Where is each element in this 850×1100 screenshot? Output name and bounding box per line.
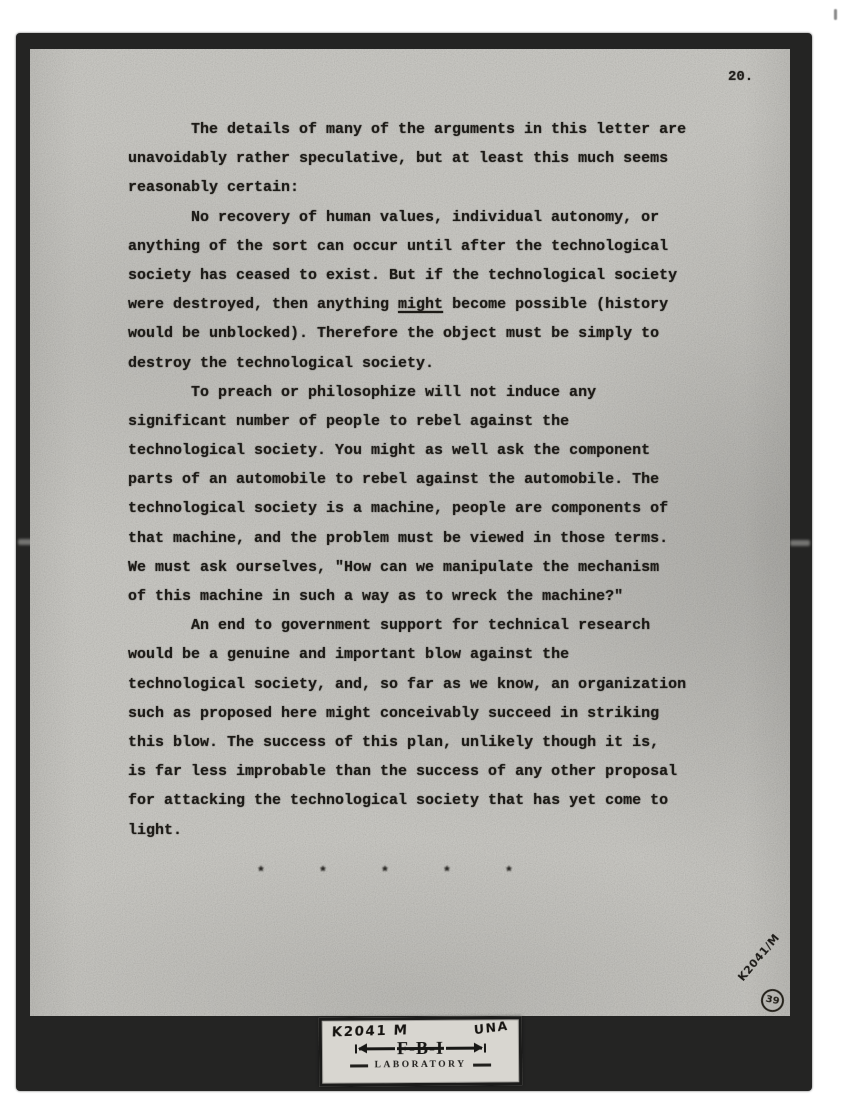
line-segment: were destroyed, then anything [128,296,398,313]
circled-number-annotation: 39 [759,987,786,1014]
right-border-smudge [790,540,810,546]
fbi-laboratory-stamp: K2041 M UNA F-B-I LABORATORY [319,1016,522,1086]
stamp-laboratory-label: LABORATORY [322,1059,519,1070]
scanned-document-canvas: 20. The details of many of the arguments… [0,0,850,1100]
microfilm-frame: 20. The details of many of the arguments… [16,33,812,1091]
typed-line: parts of an automobile to rebel against … [128,465,748,494]
typed-line: An end to government support for technic… [128,611,748,640]
typed-line: significant number of people to rebel ag… [128,407,748,436]
typed-line: would be unblocked). Therefore the objec… [128,319,748,348]
typed-line: is far less improbable than the success … [128,757,748,786]
document-page: 20. The details of many of the arguments… [30,49,790,1016]
typed-line: light. [128,816,748,845]
fbi-logo: F-B-I [322,1037,519,1059]
label-left-dash-icon [350,1064,368,1067]
typed-line: technological society, and, so far as we… [128,670,748,699]
scan-artifact-mark [834,9,837,20]
asterisk-mark: * [317,865,329,881]
typed-line: anything of the sort can occur until aft… [128,232,748,261]
typed-line: destroy the technological society. [128,349,748,378]
typed-line: this blow. The success of this plan, unl… [128,728,748,757]
typed-line: were destroyed, then anything might beco… [128,290,748,319]
handwritten-evidence-note: K2041/M [735,931,782,983]
typed-line: technological society is a machine, peop… [128,494,748,523]
fbi-logo-right-flourish-icon [446,1047,482,1050]
fbi-logo-letters: F-B-I [397,1038,444,1059]
typed-line: would be a genuine and important blow ag… [128,640,748,669]
asterisk-separator: * * * * * [255,865,515,881]
typed-line: such as proposed here might conceivably … [128,699,748,728]
typed-line: reasonably certain: [128,173,748,202]
typed-line: The details of many of the arguments in … [128,115,748,144]
typed-line: technological society. You might as well… [128,436,748,465]
stamp-case-code: UNA [474,1018,510,1037]
asterisk-mark: * [255,865,267,881]
line-segment: become possible (history [443,296,668,313]
asterisk-mark: * [503,865,515,881]
typed-line: No recovery of human values, individual … [128,203,748,232]
typed-line: We must ask ourselves, "How can we manip… [128,553,748,582]
fbi-logo-left-flourish-icon [359,1047,395,1050]
typed-line: for attacking the technological society … [128,786,748,815]
page-number: 20. [728,69,753,85]
label-right-dash-icon [474,1063,492,1066]
laboratory-text: LABORATORY [375,1060,467,1071]
typed-body: The details of many of the arguments in … [128,115,748,845]
typed-line: To preach or philosophize will not induc… [128,378,748,407]
asterisk-mark: * [379,865,391,881]
typed-line: unavoidably rather speculative, but at l… [128,144,748,173]
typed-line: that machine, and the problem must be vi… [128,524,748,553]
typed-line: of this machine in such a way as to wrec… [128,582,748,611]
underlined-word: might [398,296,443,313]
asterisk-mark: * [441,865,453,881]
typed-line: society has ceased to exist. But if the … [128,261,748,290]
